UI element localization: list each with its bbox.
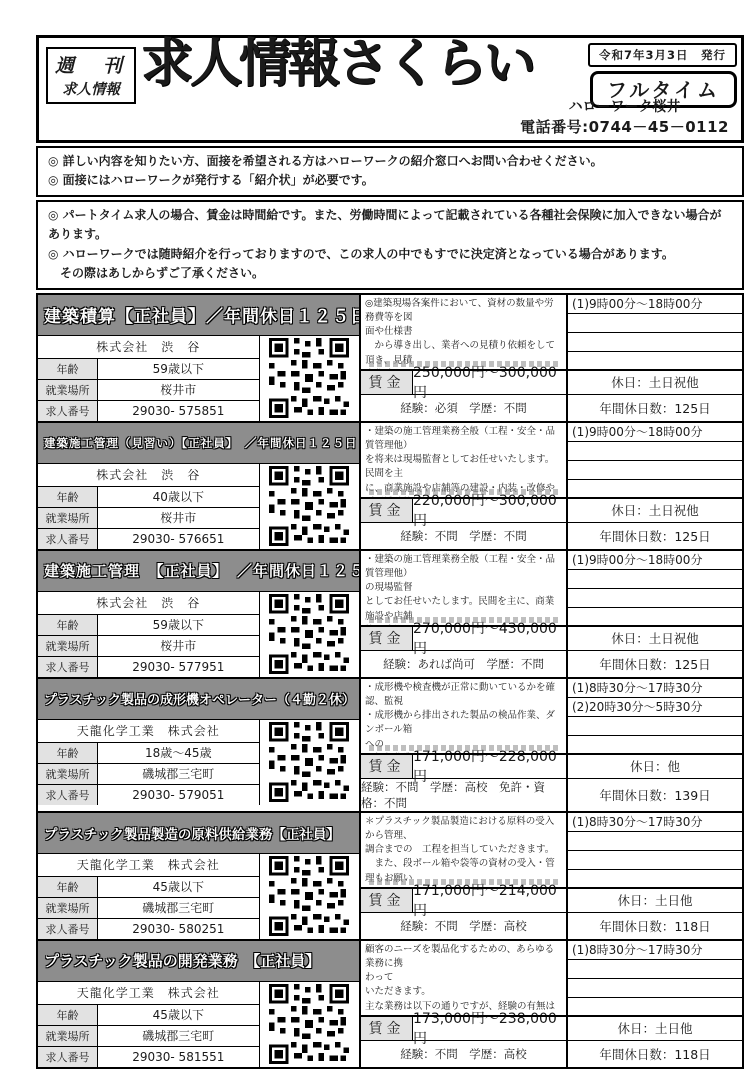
qr-code bbox=[259, 592, 359, 677]
holiday: 休日：土日祝他 bbox=[568, 627, 742, 651]
age-value: 59歳以下 bbox=[98, 359, 259, 379]
job-description-text: ・建築の施工管理業務全般（工程・安全・品質管理他） の現場監督 としてお任せいた… bbox=[365, 553, 562, 627]
qr-code bbox=[259, 720, 359, 805]
wage-value: 173,000円～238,000円 bbox=[413, 1017, 566, 1040]
work-hours-3 bbox=[568, 851, 742, 870]
annual-holidays: 年間休日数：125日 bbox=[568, 651, 742, 677]
wage-value: 171,000円～214,000円 bbox=[413, 889, 566, 912]
job-description-text: 顧客のニーズを製品化するための、あらゆる業務に携 わって いただきます。 主な業… bbox=[365, 943, 562, 1017]
job-middle-column: ◎建築現場各案件において、資材の数量や労務費等を図 面や仕様書 から導き出し、業… bbox=[361, 295, 568, 421]
location-label: 就業場所 bbox=[38, 380, 98, 400]
job-description: ◎建築現場各案件において、資材の数量や労務費等を図 面や仕様書 から導き出し、業… bbox=[361, 295, 566, 371]
job-listing: プラスチック製品製造の原料供給業務【正社員】 天龍化学工業 株式会社 年齢 45… bbox=[36, 811, 744, 941]
work-hours-2 bbox=[568, 832, 742, 851]
age-label: 年齢 bbox=[38, 359, 98, 379]
job-number-value: 29030- 576651 bbox=[98, 529, 259, 549]
wage-label: 賃金 bbox=[361, 371, 413, 394]
job-description-text: ＊プラスチック製品製造における原料の受入から管理、 調合までの 工程を担当してい… bbox=[365, 815, 562, 889]
location-label: 就業場所 bbox=[38, 508, 98, 528]
job-listing: プラスチック製品の成形機オペレーター（４勤２休） 天龍化学工業 株式会社 年齢 … bbox=[36, 677, 744, 813]
company-name: 天龍化学工業 株式会社 bbox=[38, 720, 259, 742]
experience-education: 経験：不問 学歴：高校 bbox=[361, 913, 566, 939]
job-description: ＊プラスチック製品製造における原料の受入から管理、 調合までの 工程を担当してい… bbox=[361, 813, 566, 889]
job-middle-column: ・建築の施工管理業務全般（工程・安全・品質管理他） を将来は現場監督としてお任せ… bbox=[361, 423, 568, 549]
work-hours-3 bbox=[568, 333, 742, 352]
age-value: 59歳以下 bbox=[98, 615, 259, 635]
holiday: 休日：土日他 bbox=[568, 1017, 742, 1041]
age-value: 40歳以下 bbox=[98, 487, 259, 507]
wage-label: 賃金 bbox=[361, 889, 413, 912]
holiday: 休日：土日祝他 bbox=[568, 371, 742, 395]
location-label: 就業場所 bbox=[38, 636, 98, 656]
job-description: ・成形機や検査機が正常に動いているかを確認、監視 ・成形機から排出された製品の検… bbox=[361, 679, 566, 755]
header: 週 刊 求人情報 求人情報さくらい 令和7年3月3日 発行 フルタイム ハローワ… bbox=[36, 35, 744, 143]
work-hours-1: (1)8時30分～17時30分 bbox=[568, 679, 742, 698]
job-number-label: 求人番号 bbox=[38, 1047, 98, 1067]
wage-value: 220,000円～300,000円 bbox=[413, 499, 566, 522]
work-hours-3 bbox=[568, 717, 742, 736]
work-hours-3 bbox=[568, 461, 742, 480]
age-value: 45歳以下 bbox=[98, 1005, 259, 1025]
work-hours-2 bbox=[568, 570, 742, 589]
qr-code bbox=[259, 854, 359, 939]
qr-code-icon bbox=[267, 594, 351, 674]
job-number-label: 求人番号 bbox=[38, 401, 98, 421]
location-label: 就業場所 bbox=[38, 1026, 98, 1046]
work-hours-1: (1)9時00分～18時00分 bbox=[568, 423, 742, 442]
experience-education: 経験：不問 学歴：高校 bbox=[361, 1041, 566, 1067]
faded-text-line bbox=[369, 489, 558, 495]
job-number-label: 求人番号 bbox=[38, 657, 98, 677]
job-listing: 建築施工管理（見習い）【正社員】 ／年間休日１２５日 株式会社 渋 谷 年齢 4… bbox=[36, 421, 744, 551]
qr-code-icon bbox=[267, 984, 351, 1064]
job-number-value: 29030- 575851 bbox=[98, 401, 259, 421]
page-title: 求人情報さくらい bbox=[141, 38, 533, 90]
wage-label: 賃金 bbox=[361, 1017, 413, 1040]
job-number-value: 29030- 581551 bbox=[98, 1047, 259, 1067]
job-right-column: (1)8時30分～17時30分 休日：土日他 年間休日数：118日 bbox=[568, 813, 742, 939]
wage-value: 270,000円～430,000円 bbox=[413, 627, 566, 650]
job-title-bar: 建築施工管理 【正社員】 ／年間休日１２５日 bbox=[38, 551, 359, 592]
job-left-column: 建築施工管理 【正社員】 ／年間休日１２５日 株式会社 渋 谷 年齢 59歳以下… bbox=[38, 551, 361, 677]
work-hours-1: (1)8時30分～17時30分 bbox=[568, 941, 742, 960]
qr-code-icon bbox=[267, 856, 351, 936]
location-value: 桜井市 bbox=[98, 380, 259, 400]
experience-education: 経験：あれば尚可 学歴：不問 bbox=[361, 651, 566, 677]
notice-box-conditions: ◎ パートタイム求人の場合、賃金は時間給です。また、労働時間によって記載されてい… bbox=[36, 200, 744, 290]
job-right-column: (1)9時00分～18時00分 休日：土日祝他 年間休日数：125日 bbox=[568, 423, 742, 549]
experience-education: 経験：不問 学歴：高校 免許・資格：不問 bbox=[361, 779, 566, 811]
work-hours-4 bbox=[568, 736, 742, 755]
job-title-bar: プラスチック製品製造の原料供給業務【正社員】 bbox=[38, 813, 359, 854]
company-name: 株式会社 渋 谷 bbox=[38, 336, 259, 358]
annual-holidays: 年間休日数：125日 bbox=[568, 523, 742, 549]
qr-code bbox=[259, 982, 359, 1067]
faded-text-line bbox=[369, 617, 558, 623]
work-hours-2 bbox=[568, 960, 742, 979]
annual-holidays: 年間休日数：125日 bbox=[568, 395, 742, 421]
masthead-line2: 求人情報 bbox=[55, 78, 127, 99]
wage-label: 賃金 bbox=[361, 755, 413, 778]
job-right-column: (1)9時00分～18時00分 休日：土日祝他 年間休日数：125日 bbox=[568, 551, 742, 677]
work-hours-1: (1)9時00分～18時00分 bbox=[568, 295, 742, 314]
job-title-bar: プラスチック製品の開発業務 【正社員】 bbox=[38, 941, 359, 982]
job-number-value: 29030- 580251 bbox=[98, 919, 259, 939]
work-hours-1: (1)8時30分～17時30分 bbox=[568, 813, 742, 832]
qr-code-icon bbox=[267, 338, 351, 418]
job-number-label: 求人番号 bbox=[38, 529, 98, 549]
wage-label: 賃金 bbox=[361, 499, 413, 522]
age-label: 年齢 bbox=[38, 487, 98, 507]
location-value: 桜井市 bbox=[98, 636, 259, 656]
job-listings: 建築積算【正社員】／年間休日１２５日 株式会社 渋 谷 年齢 59歳以下 就業場… bbox=[36, 293, 744, 1069]
job-number-value: 29030- 579051 bbox=[98, 785, 259, 805]
job-description-text: ◎建築現場各案件において、資材の数量や労務費等を図 面や仕様書 から導き出し、業… bbox=[365, 297, 562, 371]
qr-code-icon bbox=[267, 466, 351, 546]
work-hours-4 bbox=[568, 480, 742, 499]
work-hours-4 bbox=[568, 870, 742, 889]
location-label: 就業場所 bbox=[38, 764, 98, 784]
location-value: 磯城郡三宅町 bbox=[98, 898, 259, 918]
job-title-bar: 建築施工管理（見習い）【正社員】 ／年間休日１２５日 bbox=[38, 423, 359, 464]
work-hours-4 bbox=[568, 352, 742, 371]
work-hours-4 bbox=[568, 998, 742, 1017]
company-name: 株式会社 渋 谷 bbox=[38, 464, 259, 486]
job-number-value: 29030- 577951 bbox=[98, 657, 259, 677]
experience-education: 経験：不問 学歴：不問 bbox=[361, 523, 566, 549]
age-value: 18歳～45歳 bbox=[98, 743, 259, 763]
holiday: 休日：土日他 bbox=[568, 889, 742, 913]
age-label: 年齢 bbox=[38, 615, 98, 635]
job-right-column: (1)8時30分～17時30分 休日：土日他 年間休日数：118日 bbox=[568, 941, 742, 1067]
job-description: ・建築の施工管理業務全般（工程・安全・品質管理他） の現場監督 としてお任せいた… bbox=[361, 551, 566, 627]
wage-value: 250,000円～300,000円 bbox=[413, 371, 566, 394]
annual-holidays: 年間休日数：139日 bbox=[568, 779, 742, 811]
job-number-label: 求人番号 bbox=[38, 919, 98, 939]
job-listing: プラスチック製品の開発業務 【正社員】 天龍化学工業 株式会社 年齢 45歳以下… bbox=[36, 939, 744, 1069]
experience-education: 経験：必須 学歴：不問 bbox=[361, 395, 566, 421]
job-left-column: 建築施工管理（見習い）【正社員】 ／年間休日１２５日 株式会社 渋 谷 年齢 4… bbox=[38, 423, 361, 549]
company-name: 天龍化学工業 株式会社 bbox=[38, 854, 259, 876]
work-hours-3 bbox=[568, 979, 742, 998]
job-listing: 建築積算【正社員】／年間休日１２５日 株式会社 渋 谷 年齢 59歳以下 就業場… bbox=[36, 293, 744, 423]
work-hours-1: (1)9時00分～18時00分 bbox=[568, 551, 742, 570]
work-hours-3 bbox=[568, 589, 742, 608]
job-middle-column: ＊プラスチック製品製造における原料の受入から管理、 調合までの 工程を担当してい… bbox=[361, 813, 568, 939]
job-right-column: (1)9時00分～18時00分 休日：土日祝他 年間休日数：125日 bbox=[568, 295, 742, 421]
faded-text-line bbox=[369, 879, 558, 885]
holiday: 休日：土日祝他 bbox=[568, 499, 742, 523]
flyer-page: 週 刊 求人情報 求人情報さくらい 令和7年3月3日 発行 フルタイム ハローワ… bbox=[36, 35, 744, 1069]
job-middle-column: 顧客のニーズを製品化するための、あらゆる業務に携 わって いただきます。 主な業… bbox=[361, 941, 568, 1067]
work-hours-2 bbox=[568, 314, 742, 333]
annual-holidays: 年間休日数：118日 bbox=[568, 1041, 742, 1067]
job-title-bar: 建築積算【正社員】／年間休日１２５日 bbox=[38, 295, 359, 336]
job-title-bar: プラスチック製品の成形機オペレーター（４勤２休） bbox=[38, 679, 359, 720]
age-label: 年齢 bbox=[38, 877, 98, 897]
qr-code bbox=[259, 464, 359, 549]
masthead-line1: 週 刊 bbox=[55, 51, 127, 78]
job-description-text: ・建築の施工管理業務全般（工程・安全・品質管理他） を将来は現場監督としてお任せ… bbox=[365, 425, 562, 499]
office-phone: 電話番号:0744－45－0112 bbox=[520, 116, 729, 137]
work-hours-4 bbox=[568, 608, 742, 627]
faded-text-line bbox=[369, 361, 558, 367]
job-middle-column: ・建築の施工管理業務全般（工程・安全・品質管理他） の現場監督 としてお任せいた… bbox=[361, 551, 568, 677]
faded-text-line bbox=[369, 745, 558, 751]
issue-date: 令和7年3月3日 発行 bbox=[588, 43, 737, 67]
qr-code bbox=[259, 336, 359, 421]
holiday: 休日：他 bbox=[568, 755, 742, 779]
job-left-column: プラスチック製品製造の原料供給業務【正社員】 天龍化学工業 株式会社 年齢 45… bbox=[38, 813, 361, 939]
work-hours-2: (2)20時30分～5時30分 bbox=[568, 698, 742, 717]
job-description-text: ・成形機や検査機が正常に動いているかを確認、監視 ・成形機から排出された製品の検… bbox=[365, 681, 562, 755]
contact-block: ハローワーク桜井 電話番号:0744－45－0112 bbox=[520, 96, 729, 137]
location-value: 磯城郡三宅町 bbox=[98, 1026, 259, 1046]
location-value: 磯城郡三宅町 bbox=[98, 764, 259, 784]
qr-code-icon bbox=[267, 722, 351, 802]
company-name: 株式会社 渋 谷 bbox=[38, 592, 259, 614]
age-value: 45歳以下 bbox=[98, 877, 259, 897]
location-value: 桜井市 bbox=[98, 508, 259, 528]
office-name: ハローワーク桜井 bbox=[520, 96, 729, 116]
annual-holidays: 年間休日数：118日 bbox=[568, 913, 742, 939]
masthead-box: 週 刊 求人情報 bbox=[46, 47, 136, 104]
notice-box-inquiry: ◎ 詳しい内容を知りたい方、面接を希望される方はハローワークの紹介窓口へお問い合… bbox=[36, 146, 744, 197]
age-label: 年齢 bbox=[38, 1005, 98, 1025]
wage-label: 賃金 bbox=[361, 627, 413, 650]
wage-value: 171,000円～228,000円 bbox=[413, 755, 566, 778]
work-hours-2 bbox=[568, 442, 742, 461]
job-right-column: (1)8時30分～17時30分 (2)20時30分～5時30分 休日：他 年間休… bbox=[568, 679, 742, 811]
job-description: 顧客のニーズを製品化するための、あらゆる業務に携 わって いただきます。 主な業… bbox=[361, 941, 566, 1017]
job-description: ・建築の施工管理業務全般（工程・安全・品質管理他） を将来は現場監督としてお任せ… bbox=[361, 423, 566, 499]
job-listing: 建築施工管理 【正社員】 ／年間休日１２５日 株式会社 渋 谷 年齢 59歳以下… bbox=[36, 549, 744, 679]
job-left-column: 建築積算【正社員】／年間休日１２５日 株式会社 渋 谷 年齢 59歳以下 就業場… bbox=[38, 295, 361, 421]
job-middle-column: ・成形機や検査機が正常に動いているかを確認、監視 ・成形機から排出された製品の検… bbox=[361, 679, 568, 811]
job-left-column: プラスチック製品の開発業務 【正社員】 天龍化学工業 株式会社 年齢 45歳以下… bbox=[38, 941, 361, 1067]
job-left-column: プラスチック製品の成形機オペレーター（４勤２休） 天龍化学工業 株式会社 年齢 … bbox=[38, 679, 361, 811]
age-label: 年齢 bbox=[38, 743, 98, 763]
company-name: 天龍化学工業 株式会社 bbox=[38, 982, 259, 1004]
job-number-label: 求人番号 bbox=[38, 785, 98, 805]
location-label: 就業場所 bbox=[38, 898, 98, 918]
